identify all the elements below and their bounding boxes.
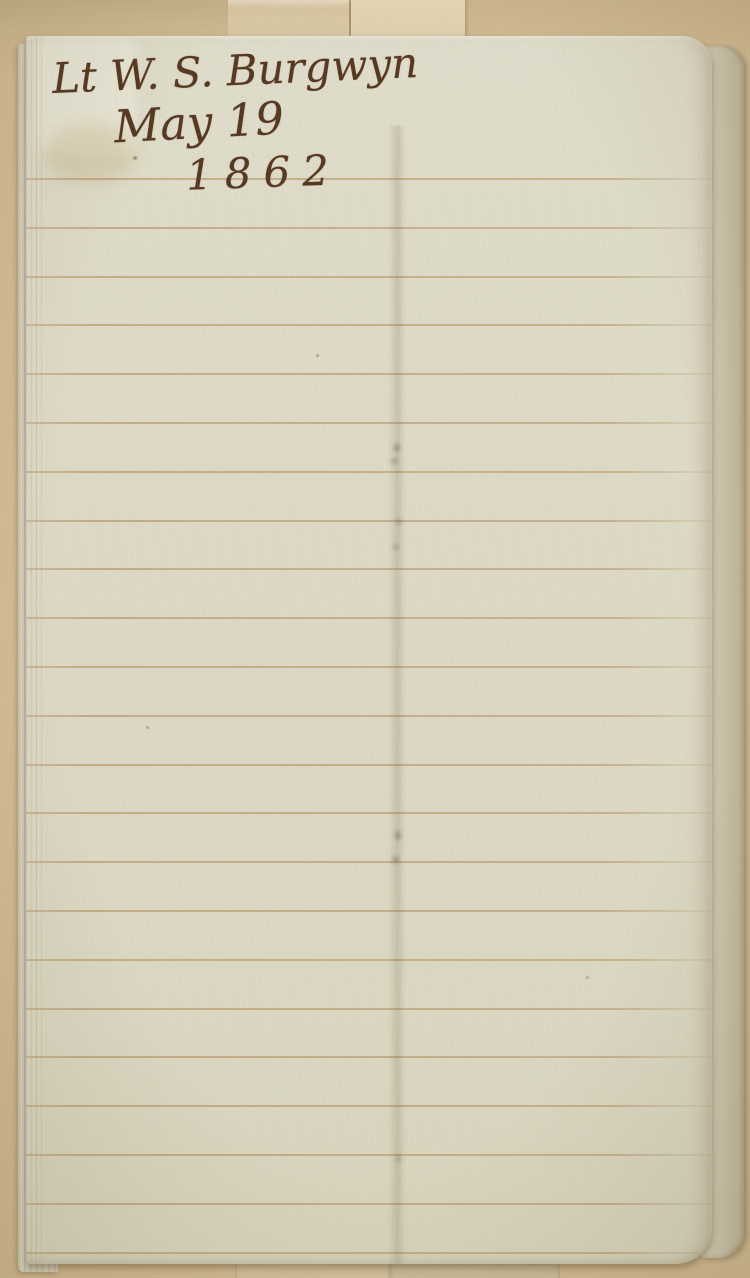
rule-line [26,373,712,375]
scanned-album-background: { "document": { "description": "Scanned … [0,0,750,1278]
rule-line [26,666,712,668]
crease-smudge [394,444,400,452]
foxing-speck [146,726,149,729]
crease-smudge [395,831,401,840]
center-fold-crease [388,126,406,1264]
handwriting-line-3: 1862 [185,145,342,199]
manuscript-page: Lt W. S. Burgwyn May 19 1862 [26,36,712,1264]
rule-line [26,276,712,278]
binding-edge-texture [26,36,44,1264]
rule-line [26,617,712,619]
rule-line [26,1056,712,1058]
rule-line [26,910,712,912]
rule-line [26,959,712,961]
rule-line [26,1105,712,1107]
rule-line [26,471,712,473]
crease-smudge [396,518,401,525]
album-leaf-shadow-top [0,0,232,40]
rule-line [26,227,712,229]
rule-line [26,812,712,814]
rule-line [26,861,712,863]
crease-smudge [391,458,398,464]
rule-line [26,1154,712,1156]
crease-smudge [392,856,399,863]
rule-line [26,715,712,717]
crease-smudge [396,1156,401,1162]
foxing-speck [316,354,319,357]
handwriting-line-2: May 19 [113,92,285,154]
rule-line [26,1252,712,1254]
rule-line [26,178,712,180]
crease-smudge [393,544,399,550]
ink-speck [133,156,137,160]
rule-line [26,1008,712,1010]
rule-line [26,1203,712,1205]
rule-line [26,520,712,522]
rule-line [26,422,712,424]
rule-line [26,764,712,766]
rule-line [26,568,712,570]
foxing-speck [586,976,589,979]
rule-line [26,324,712,326]
